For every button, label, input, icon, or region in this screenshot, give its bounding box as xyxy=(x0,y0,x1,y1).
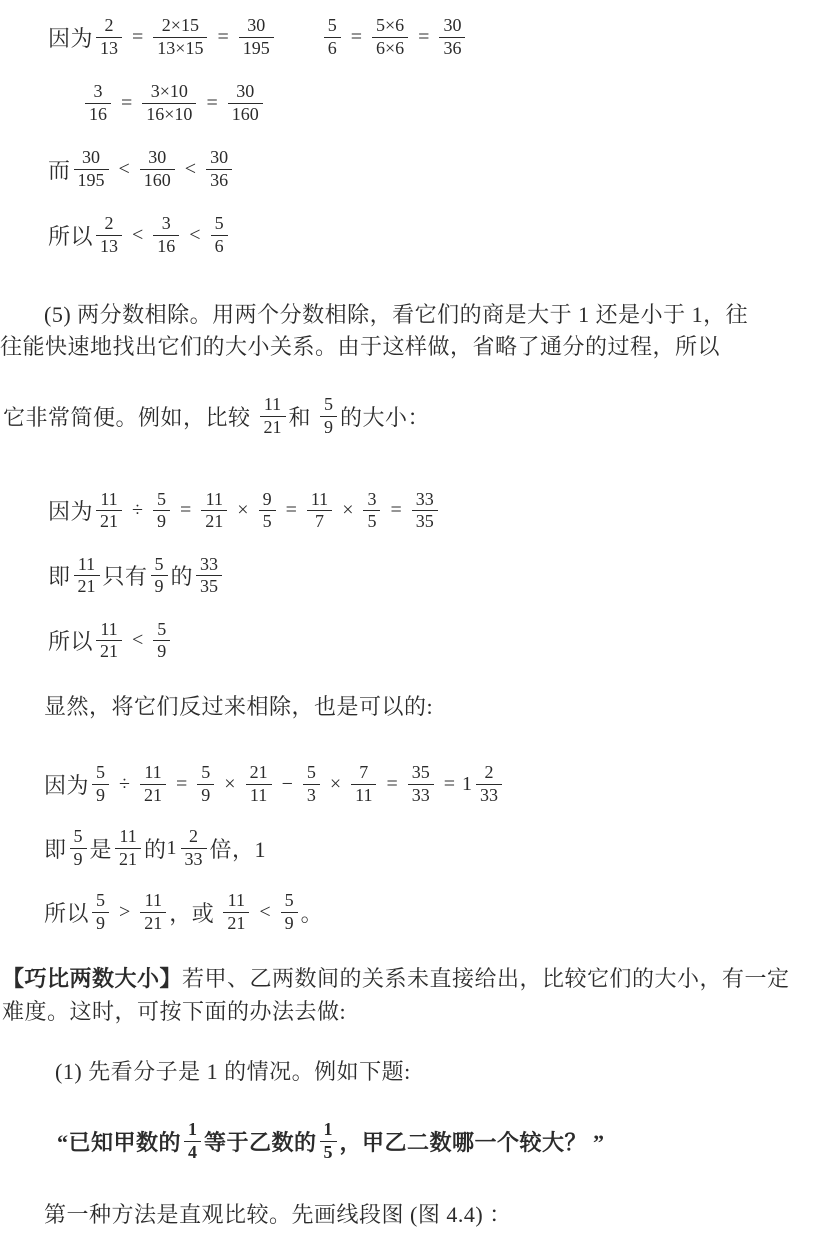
text-run: 第一种方法是直观比较。先画线段图 (图 4.4) ： xyxy=(44,1198,512,1229)
fraction-numerator: 5 xyxy=(92,762,109,783)
fraction: 5×66×6 xyxy=(372,15,408,58)
fraction-denominator: 13 xyxy=(96,235,122,257)
fraction-numerator: 5 xyxy=(92,890,109,911)
fraction: 30160 xyxy=(140,147,175,190)
math-operator: > xyxy=(119,901,130,924)
quote-problem-statement: “已知甲数的14等于乙数的15，甲乙二数哪一个较大？ ” xyxy=(57,1112,605,1170)
quote-problem-statement-line-1: “已知甲数的14等于乙数的15，甲乙二数哪一个较大？ ” xyxy=(57,1112,605,1170)
fraction-numerator: 2 xyxy=(181,826,207,847)
math-operator: × xyxy=(237,499,248,522)
math-operator: < xyxy=(259,901,270,924)
fraction-denominator: 9 xyxy=(92,784,109,806)
fraction-numerator: 5 xyxy=(211,213,228,234)
fraction: 316 xyxy=(85,81,111,124)
fraction-denominator: 21 xyxy=(96,510,122,532)
fraction-numerator: 11 xyxy=(74,554,100,575)
fraction-numerator: 21 xyxy=(246,762,272,783)
text-run: 而 xyxy=(48,154,71,185)
fraction: 3036 xyxy=(439,15,465,58)
fraction-denominator: 16×10 xyxy=(142,103,196,125)
fraction-denominator: 5 xyxy=(363,510,380,532)
fraction-denominator: 9 xyxy=(151,575,168,597)
fraction: 2111 xyxy=(246,762,272,805)
fraction-numerator: 11 xyxy=(140,762,166,783)
text-run: 的大小： xyxy=(340,401,430,432)
fraction: 53 xyxy=(303,762,320,805)
fraction-denominator: 36 xyxy=(206,169,232,191)
text-run: 只有 xyxy=(103,560,148,591)
text-run: 所以 xyxy=(48,625,93,656)
paragraph-headword-compare-two-numbers-line-1: 【巧比两数大小】若甲、乙两数间的关系未直接给出，比较它们的大小，有一定 xyxy=(2,961,790,994)
paragraph-headword-compare-two-numbers-line-2: 难度。这时，可按下面的办法去做: xyxy=(2,994,790,1027)
equation-block-division-forward: 因为1121÷59=1121×95=117×35=3335即1121只有59的3… xyxy=(48,478,441,673)
fraction: 35 xyxy=(363,489,380,532)
fraction-denominator: 195 xyxy=(239,37,274,59)
fraction-numerator: 9 xyxy=(259,489,276,510)
equation-block-common-numerator-line-1: 因为213=2×1513×15=3019556=5×66×6=3036 xyxy=(48,4,468,70)
fraction-numerator: 3 xyxy=(363,489,380,510)
text-run: 。 xyxy=(301,897,324,928)
fraction-numerator: 1 xyxy=(184,1119,201,1140)
line-example-compare-intro: 它非常简便。例如，比较 1121和 59的大小： xyxy=(3,390,430,442)
fraction: 3335 xyxy=(196,554,222,597)
fraction-denominator: 21 xyxy=(223,912,249,934)
math-operator: < xyxy=(132,224,143,247)
fraction-numerator: 5 xyxy=(303,762,320,783)
fraction-numerator: 2×15 xyxy=(153,15,207,36)
equation-block-common-numerator-line-4: 所以213<316<56 xyxy=(48,202,468,268)
fraction-denominator: 11 xyxy=(246,784,272,806)
fraction-denominator: 21 xyxy=(140,784,166,806)
fraction: 117 xyxy=(307,489,332,532)
fraction-denominator: 21 xyxy=(96,640,122,662)
fraction-denominator: 13 xyxy=(96,37,122,59)
fraction-denominator: 21 xyxy=(260,416,286,438)
mixed-number-whole: 1 xyxy=(167,837,177,860)
fraction: 1121 xyxy=(223,890,249,933)
fraction: 233 xyxy=(476,762,502,805)
fraction-denominator: 16 xyxy=(85,103,111,125)
fraction-numerator: 11 xyxy=(96,619,122,640)
math-operator: = xyxy=(418,26,429,49)
text-run: ，或 xyxy=(169,897,220,928)
text-run: “已知甲数的 xyxy=(57,1126,181,1157)
text-run: 因为 xyxy=(44,769,89,800)
math-operator: = xyxy=(121,92,132,115)
math-operator: × xyxy=(342,499,353,522)
fraction-numerator: 11 xyxy=(201,489,227,510)
math-operator: = xyxy=(180,499,191,522)
line-first-method-segment-diagram: 第一种方法是直观比较。先画线段图 (图 4.4) ： xyxy=(44,1198,512,1228)
equation-block-common-numerator-line-3: 而30195<30160<3036 xyxy=(48,136,468,202)
fraction: 1121 xyxy=(260,394,286,437)
fraction-denominator: 36 xyxy=(439,37,465,59)
fraction: 3×1016×10 xyxy=(142,81,196,124)
fraction: 59 xyxy=(70,826,87,869)
fraction: 30195 xyxy=(239,15,274,58)
fraction-numerator: 5 xyxy=(197,762,214,783)
text-run: 和 xyxy=(289,401,318,432)
fraction: 3335 xyxy=(412,489,438,532)
fraction-denominator: 5 xyxy=(259,510,276,532)
fraction: 59 xyxy=(153,489,170,532)
fraction-numerator: 30 xyxy=(239,15,274,36)
fraction-denominator: 13×15 xyxy=(153,37,207,59)
fraction-numerator: 30 xyxy=(439,15,465,36)
fraction-denominator: 5 xyxy=(320,1141,337,1163)
fraction: 1121 xyxy=(96,619,122,662)
equation-block-common-numerator: 因为213=2×1513×15=3019556=5×66×6=3036316=3… xyxy=(48,4,468,268)
math-operator: = xyxy=(132,26,143,49)
fraction-numerator: 5 xyxy=(70,826,87,847)
fraction-denominator: 195 xyxy=(74,169,109,191)
fraction-numerator: 30 xyxy=(140,147,175,168)
math-operator: = xyxy=(390,499,401,522)
fraction-denominator: 160 xyxy=(228,103,263,125)
fraction-denominator: 9 xyxy=(281,912,298,934)
fraction-numerator: 2 xyxy=(96,15,122,36)
fraction-denominator: 7 xyxy=(307,510,332,532)
equation-block-division-forward-line-3: 所以1121<59 xyxy=(48,608,441,673)
fraction-numerator: 5 xyxy=(324,15,341,36)
fraction-denominator: 6 xyxy=(324,37,341,59)
math-operator: = xyxy=(176,773,187,796)
fraction-numerator: 30 xyxy=(206,147,232,168)
fraction: 1121 xyxy=(140,890,166,933)
fraction: 56 xyxy=(211,213,228,256)
fraction-numerator: 5 xyxy=(153,619,170,640)
fraction: 233 xyxy=(181,826,207,869)
math-operator: = xyxy=(217,26,228,49)
math-operator: − xyxy=(282,773,293,796)
fraction: 2×1513×15 xyxy=(153,15,207,58)
math-operator: < xyxy=(119,158,130,181)
fraction: 3036 xyxy=(206,147,232,190)
fraction-numerator: 7 xyxy=(351,762,376,783)
fraction-denominator: 9 xyxy=(153,640,170,662)
fraction-numerator: 2 xyxy=(476,762,502,783)
text-run: 倍，1 xyxy=(210,833,267,864)
paragraph-headword-compare-two-numbers: 【巧比两数大小】若甲、乙两数间的关系未直接给出，比较它们的大小，有一定难度。这时… xyxy=(2,961,790,1027)
math-operator: < xyxy=(185,158,196,181)
fraction-numerator: 30 xyxy=(74,147,109,168)
paragraph-method-5-division-line-1: (5) 两分数相除。用两个分数相除，看它们的商是大于 1 还是小于 1，往 xyxy=(44,297,748,329)
line-case-1-numerator-1: (1) 先看分子是 1 的情况。例如下题: xyxy=(55,1055,411,1085)
fraction-denominator: 21 xyxy=(201,510,227,532)
fraction-numerator: 1 xyxy=(320,1119,337,1140)
math-operator: < xyxy=(189,224,200,247)
fraction-denominator: 21 xyxy=(140,912,166,934)
fraction-denominator: 6×6 xyxy=(372,37,408,59)
fraction: 213 xyxy=(96,213,122,256)
fraction: 95 xyxy=(259,489,276,532)
line-case-1-numerator-1-line-1: (1) 先看分子是 1 的情况。例如下题: xyxy=(55,1055,411,1085)
math-operator: < xyxy=(132,629,143,652)
fraction-numerator: 3 xyxy=(153,213,179,234)
text-run: 因为 xyxy=(48,495,93,526)
text-run: ，甲乙二数哪一个较大？ ” xyxy=(340,1126,605,1157)
fraction-numerator: 33 xyxy=(196,554,222,575)
math-operator: = xyxy=(386,773,397,796)
math-operator: × xyxy=(224,773,235,796)
fraction: 3533 xyxy=(408,762,434,805)
fraction-denominator: 21 xyxy=(74,575,100,597)
fraction-numerator: 2 xyxy=(96,213,122,234)
fraction-numerator: 5 xyxy=(151,554,168,575)
fraction: 711 xyxy=(351,762,376,805)
fraction-numerator: 30 xyxy=(228,81,263,102)
text-run: 因为 xyxy=(48,22,93,53)
fraction: 59 xyxy=(151,554,168,597)
fraction: 1121 xyxy=(96,489,122,532)
fraction: 1121 xyxy=(115,826,141,869)
fraction-denominator: 160 xyxy=(140,169,175,191)
fraction: 59 xyxy=(92,890,109,933)
fraction: 1121 xyxy=(201,489,227,532)
fraction: 30195 xyxy=(74,147,109,190)
text-run: 的 xyxy=(171,560,194,591)
fraction: 59 xyxy=(92,762,109,805)
fraction-denominator: 33 xyxy=(476,784,502,806)
math-operator: × xyxy=(330,773,341,796)
paragraph-method-5-division: (5) 两分数相除。用两个分数相除，看它们的商是大于 1 还是小于 1，往往能快… xyxy=(0,297,748,361)
fraction-numerator: 33 xyxy=(412,489,438,510)
text-run: 所以 xyxy=(48,220,93,251)
line-example-compare-intro-line-1: 它非常简便。例如，比较 1121和 59的大小： xyxy=(3,390,430,442)
math-operator: ÷ xyxy=(119,773,130,796)
math-operator: = xyxy=(444,773,455,796)
fraction: 213 xyxy=(96,15,122,58)
text-run: 往能快速地找出它们的大小关系。由于这样做，省略了通分的过程，所以 xyxy=(0,330,720,361)
text-run: (5) 两分数相除。用两个分数相除，看它们的商是大于 1 还是小于 1，往 xyxy=(44,298,748,329)
fraction-numerator: 11 xyxy=(96,489,122,510)
text-run: 即 xyxy=(48,560,71,591)
fraction-numerator: 11 xyxy=(140,890,166,911)
fraction-denominator: 9 xyxy=(153,510,170,532)
mixed-number-whole: 1 xyxy=(462,773,472,796)
text-run: 所以 xyxy=(44,897,89,928)
fraction-denominator: 9 xyxy=(320,416,337,438)
equation-block-division-reverse: 因为59÷1121=59×2111−53×711=3533=1233即59是11… xyxy=(44,752,505,944)
line-reverse-division-note: 显然，将它们反过来相除，也是可以的: xyxy=(44,690,433,720)
text-run: 【巧比两数大小】 xyxy=(2,962,182,993)
fraction: 59 xyxy=(320,394,337,437)
text-run: 的 xyxy=(144,833,167,864)
equation-block-division-reverse-line-3: 所以59>1121，或 1121<59。 xyxy=(44,880,505,944)
fraction: 15 xyxy=(320,1119,337,1162)
fraction-denominator: 33 xyxy=(408,784,434,806)
text-run: 是 xyxy=(90,833,113,864)
mixed-number: 1233 xyxy=(462,762,505,805)
fraction-numerator: 11 xyxy=(307,489,332,510)
text-run: 等于乙数的 xyxy=(204,1126,317,1157)
text-run: (1) 先看分子是 1 的情况。例如下题: xyxy=(55,1055,411,1086)
document-page: 因为213=2×1513×15=3019556=5×66×6=3036316=3… xyxy=(0,0,836,1242)
text-run: 即 xyxy=(44,833,67,864)
fraction-numerator: 5 xyxy=(153,489,170,510)
fraction-numerator: 11 xyxy=(260,394,286,415)
fraction-numerator: 11 xyxy=(115,826,141,847)
fraction-numerator: 11 xyxy=(223,890,249,911)
text-run: 难度。这时，可按下面的办法去做: xyxy=(2,995,346,1026)
fraction: 316 xyxy=(153,213,179,256)
equation-block-division-reverse-line-1: 因为59÷1121=59×2111−53×711=3533=1233 xyxy=(44,752,505,816)
fraction-numerator: 5 xyxy=(281,890,298,911)
fraction-numerator: 3×10 xyxy=(142,81,196,102)
fraction: 59 xyxy=(153,619,170,662)
line-first-method-segment-diagram-line-1: 第一种方法是直观比较。先画线段图 (图 4.4) ： xyxy=(44,1198,512,1228)
fraction: 30160 xyxy=(228,81,263,124)
fraction-denominator: 9 xyxy=(92,912,109,934)
equation-block-common-numerator-line-2: 316=3×1016×10=30160 xyxy=(82,70,468,136)
fraction-denominator: 33 xyxy=(181,848,207,870)
text-run: 显然，将它们反过来相除，也是可以的: xyxy=(44,690,433,721)
fraction-denominator: 35 xyxy=(412,510,438,532)
fraction-denominator: 3 xyxy=(303,784,320,806)
math-operator: = xyxy=(351,26,362,49)
fraction-denominator: 16 xyxy=(153,235,179,257)
equation-block-division-reverse-line-2: 即59是1121的1233倍，1 xyxy=(44,816,505,880)
fraction-denominator: 35 xyxy=(196,575,222,597)
line-reverse-division-note-line-1: 显然，将它们反过来相除，也是可以的: xyxy=(44,690,433,720)
fraction-denominator: 4 xyxy=(184,1141,201,1163)
fraction-numerator: 5 xyxy=(320,394,337,415)
fraction-numerator: 3 xyxy=(85,81,111,102)
fraction: 14 xyxy=(184,1119,201,1162)
fraction: 56 xyxy=(324,15,341,58)
fraction-numerator: 35 xyxy=(408,762,434,783)
paragraph-method-5-division-line-2: 往能快速地找出它们的大小关系。由于这样做，省略了通分的过程，所以 xyxy=(0,329,748,361)
fraction-denominator: 6 xyxy=(211,235,228,257)
math-operator: ÷ xyxy=(132,499,143,522)
fraction: 1121 xyxy=(140,762,166,805)
equation-block-division-forward-line-2: 即1121只有59的3335 xyxy=(48,543,441,608)
mixed-number: 1233 xyxy=(167,826,210,869)
fraction: 59 xyxy=(197,762,214,805)
fraction: 1121 xyxy=(74,554,100,597)
fraction-numerator: 5×6 xyxy=(372,15,408,36)
fraction-denominator: 9 xyxy=(197,784,214,806)
text-run: 若甲、乙两数间的关系未直接给出，比较它们的大小，有一定 xyxy=(182,962,790,993)
fraction-denominator: 21 xyxy=(115,848,141,870)
math-operator: = xyxy=(206,92,217,115)
text-run: 它非常简便。例如，比较 xyxy=(3,401,257,432)
fraction-denominator: 11 xyxy=(351,784,376,806)
fraction: 59 xyxy=(281,890,298,933)
equation-block-division-forward-line-1: 因为1121÷59=1121×95=117×35=3335 xyxy=(48,478,441,543)
math-operator: = xyxy=(286,499,297,522)
fraction-denominator: 9 xyxy=(70,848,87,870)
